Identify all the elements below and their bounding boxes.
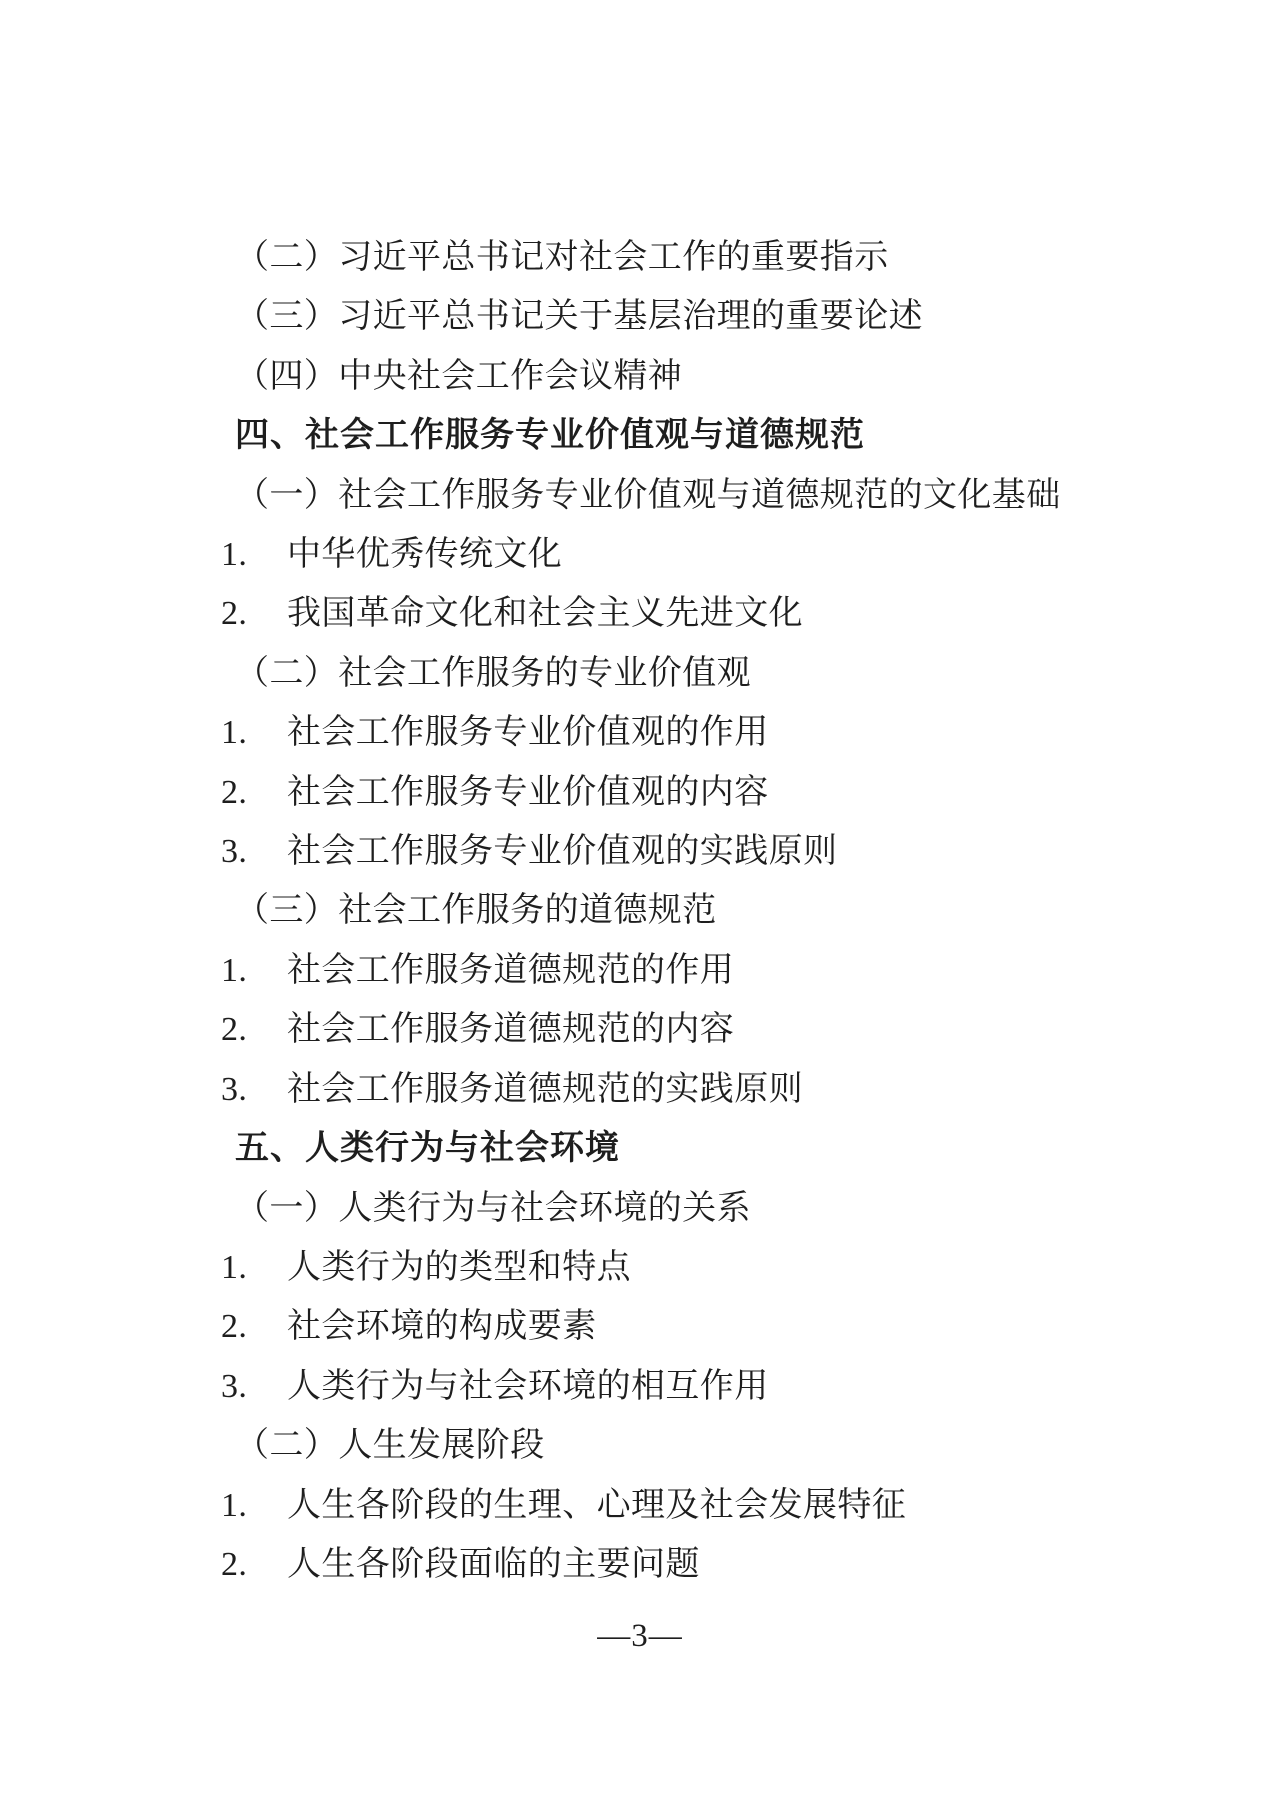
numbered-item: 2.人生各阶段面临的主要问题 (215, 1535, 1175, 1594)
item-number: 1. (215, 1476, 287, 1535)
line-text: （一）人类行为与社会环境的关系 (235, 1190, 751, 1227)
subsection-line: （二）人生发展阶段 (215, 1416, 1175, 1475)
line-text: 社会工作服务专业价值观的实践原则 (287, 833, 837, 870)
numbered-item: 1.人类行为的类型和特点 (215, 1238, 1175, 1297)
item-number: 1. (215, 1238, 287, 1297)
numbered-item: 3.人类行为与社会环境的相互作用 (215, 1357, 1175, 1416)
line-text: 社会工作服务专业价值观的作用 (287, 714, 769, 751)
subsection-line: （一）社会工作服务专业价值观与道德规范的文化基础 (215, 466, 1175, 525)
line-text: 社会工作服务道德规范的内容 (287, 1011, 734, 1048)
item-number: 2. (215, 584, 287, 643)
numbered-item: 3.社会工作服务道德规范的实践原则 (215, 1060, 1175, 1119)
document-page: （二）习近平总书记对社会工作的重要指示（三）习近平总书记关于基层治理的重要论述（… (0, 0, 1280, 1810)
subsection-line: （二）习近平总书记对社会工作的重要指示 (215, 228, 1175, 287)
line-text: 四、社会工作服务专业价值观与道德规范 (235, 416, 865, 454)
subsection-line: （一）人类行为与社会环境的关系 (215, 1179, 1175, 1238)
line-text: 人类行为的类型和特点 (287, 1249, 631, 1286)
item-number: 1. (215, 525, 287, 584)
line-text: 社会工作服务道德规范的实践原则 (287, 1071, 803, 1108)
line-text: （三）社会工作服务的道德规范 (235, 892, 717, 929)
line-text: （一）社会工作服务专业价值观与道德规范的文化基础 (235, 477, 1061, 514)
line-text: 社会环境的构成要素 (287, 1308, 597, 1345)
section-heading: 五、人类行为与社会环境 (215, 1119, 1175, 1178)
subsection-line: （四）中央社会工作会议精神 (215, 347, 1175, 406)
numbered-item: 2.社会环境的构成要素 (215, 1297, 1175, 1356)
numbered-item: 3.社会工作服务专业价值观的实践原则 (215, 822, 1175, 881)
numbered-item: 1.社会工作服务专业价值观的作用 (215, 703, 1175, 762)
item-number: 3. (215, 822, 287, 881)
line-text: （二）人生发展阶段 (235, 1427, 545, 1464)
line-text: 人生各阶段面临的主要问题 (287, 1546, 700, 1583)
line-text: 五、人类行为与社会环境 (235, 1129, 620, 1167)
line-text: （二）习近平总书记对社会工作的重要指示 (235, 239, 889, 276)
line-text: 社会工作服务专业价值观的内容 (287, 774, 769, 811)
line-text: （四）中央社会工作会议精神 (235, 358, 682, 395)
item-number: 2. (215, 1297, 287, 1356)
section-heading: 四、社会工作服务专业价值观与道德规范 (215, 406, 1175, 465)
numbered-item: 2.社会工作服务专业价值观的内容 (215, 763, 1175, 822)
numbered-item: 1.人生各阶段的生理、心理及社会发展特征 (215, 1476, 1175, 1535)
numbered-item: 2.我国革命文化和社会主义先进文化 (215, 584, 1175, 643)
line-text: 我国革命文化和社会主义先进文化 (287, 595, 803, 632)
item-number: 3. (215, 1357, 287, 1416)
item-number: 1. (215, 703, 287, 762)
subsection-line: （三）习近平总书记关于基层治理的重要论述 (215, 287, 1175, 346)
page-number: —3— (0, 1616, 1280, 1656)
subsection-line: （二）社会工作服务的专业价值观 (215, 644, 1175, 703)
line-text: （二）社会工作服务的专业价值观 (235, 655, 751, 692)
line-text: 人生各阶段的生理、心理及社会发展特征 (287, 1487, 906, 1524)
document-lines: （二）习近平总书记对社会工作的重要指示（三）习近平总书记关于基层治理的重要论述（… (215, 228, 1175, 1594)
line-text: 中华优秀传统文化 (287, 536, 562, 573)
item-number: 3. (215, 1060, 287, 1119)
numbered-item: 1.中华优秀传统文化 (215, 525, 1175, 584)
line-text: 人类行为与社会环境的相互作用 (287, 1368, 769, 1405)
numbered-item: 1.社会工作服务道德规范的作用 (215, 941, 1175, 1000)
subsection-line: （三）社会工作服务的道德规范 (215, 881, 1175, 940)
item-number: 2. (215, 1000, 287, 1059)
item-number: 2. (215, 1535, 287, 1594)
numbered-item: 2.社会工作服务道德规范的内容 (215, 1000, 1175, 1059)
line-text: （三）习近平总书记关于基层治理的重要论述 (235, 298, 923, 335)
item-number: 1. (215, 941, 287, 1000)
line-text: 社会工作服务道德规范的作用 (287, 952, 734, 989)
item-number: 2. (215, 763, 287, 822)
